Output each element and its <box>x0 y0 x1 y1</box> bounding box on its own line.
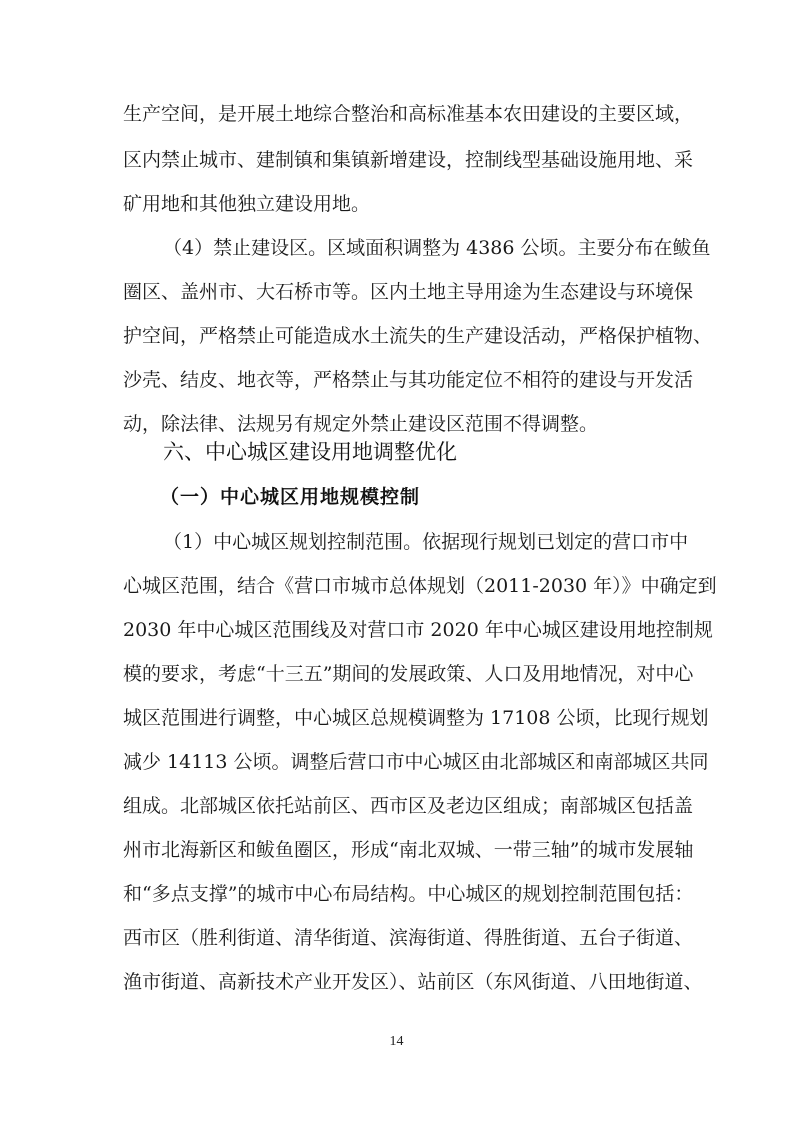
paragraph-line: 区内禁止城市、建制镇和集镇新增建设，控制线型基础设施用地、采 <box>123 145 673 175</box>
paragraph-line: 生产空间，是开展土地综合整治和高标准基本农田建设的主要区域， <box>123 99 673 129</box>
subsection-heading: （一）中心城区用地规模控制 <box>160 482 420 512</box>
paragraph-line: 州市北海新区和鲅鱼圈区，形成“南北双城、一带三轴”的城市发展轴 <box>123 835 673 865</box>
paragraph-line: 减少 14113 公顷。调整后营口市中心城区由北部城区和南部城区共同 <box>123 747 673 777</box>
document-page: 生产空间，是开展土地综合整治和高标准基本农田建设的主要区域， 区内禁止城市、建制… <box>0 0 793 1122</box>
paragraph-line: 护空间，严格禁止可能造成水土流失的生产建设活动，严格保护植物、 <box>123 321 673 351</box>
paragraph-line: 组成。北部城区依托站前区、西市区及老边区组成；南部城区包括盖 <box>123 791 673 821</box>
page-number: 14 <box>0 1034 793 1050</box>
paragraph-line: （1）中心城区规划控制范围。依据现行规划已划定的营口市中 <box>163 527 673 557</box>
paragraph-line: （4）禁止建设区。区域面积调整为 4386 公顷。主要分布在鲅鱼 <box>163 233 673 263</box>
paragraph-line: 沙壳、结皮、地衣等，严格禁止与其功能定位不相符的建设与开发活 <box>123 365 673 395</box>
paragraph-line: 和“多点支撑”的城市中心布局结构。中心城区的规划控制范围包括： <box>123 879 673 909</box>
paragraph-line: 西市区（胜利街道、清华街道、滨海街道、得胜街道、五台子街道、 <box>123 923 673 953</box>
section-heading: 六、中心城区建设用地调整优化 <box>163 437 457 467</box>
paragraph-line: 圈区、盖州市、大石桥市等。区内土地主导用途为生态建设与环境保 <box>123 277 673 307</box>
paragraph-line: 动，除法律、法规另有规定外禁止建设区范围不得调整。 <box>123 409 673 439</box>
paragraph-line: 2030 年中心城区范围线及对营口市 2020 年中心城区建设用地控制规 <box>123 615 673 645</box>
paragraph-line: 城区范围进行调整，中心城区总规模调整为 17108 公顷，比现行规划 <box>123 703 673 733</box>
paragraph-line: 心城区范围，结合《营口市城市总体规划（2011-2030 年）》中确定到 <box>123 571 673 601</box>
paragraph-line: 渔市街道、高新技术产业开发区）、站前区（东风街道、八田地街道、 <box>123 967 673 997</box>
paragraph-line: 矿用地和其他独立建设用地。 <box>123 189 673 219</box>
paragraph-line: 模的要求，考虑“十三五”期间的发展政策、人口及用地情况，对中心 <box>123 659 673 689</box>
